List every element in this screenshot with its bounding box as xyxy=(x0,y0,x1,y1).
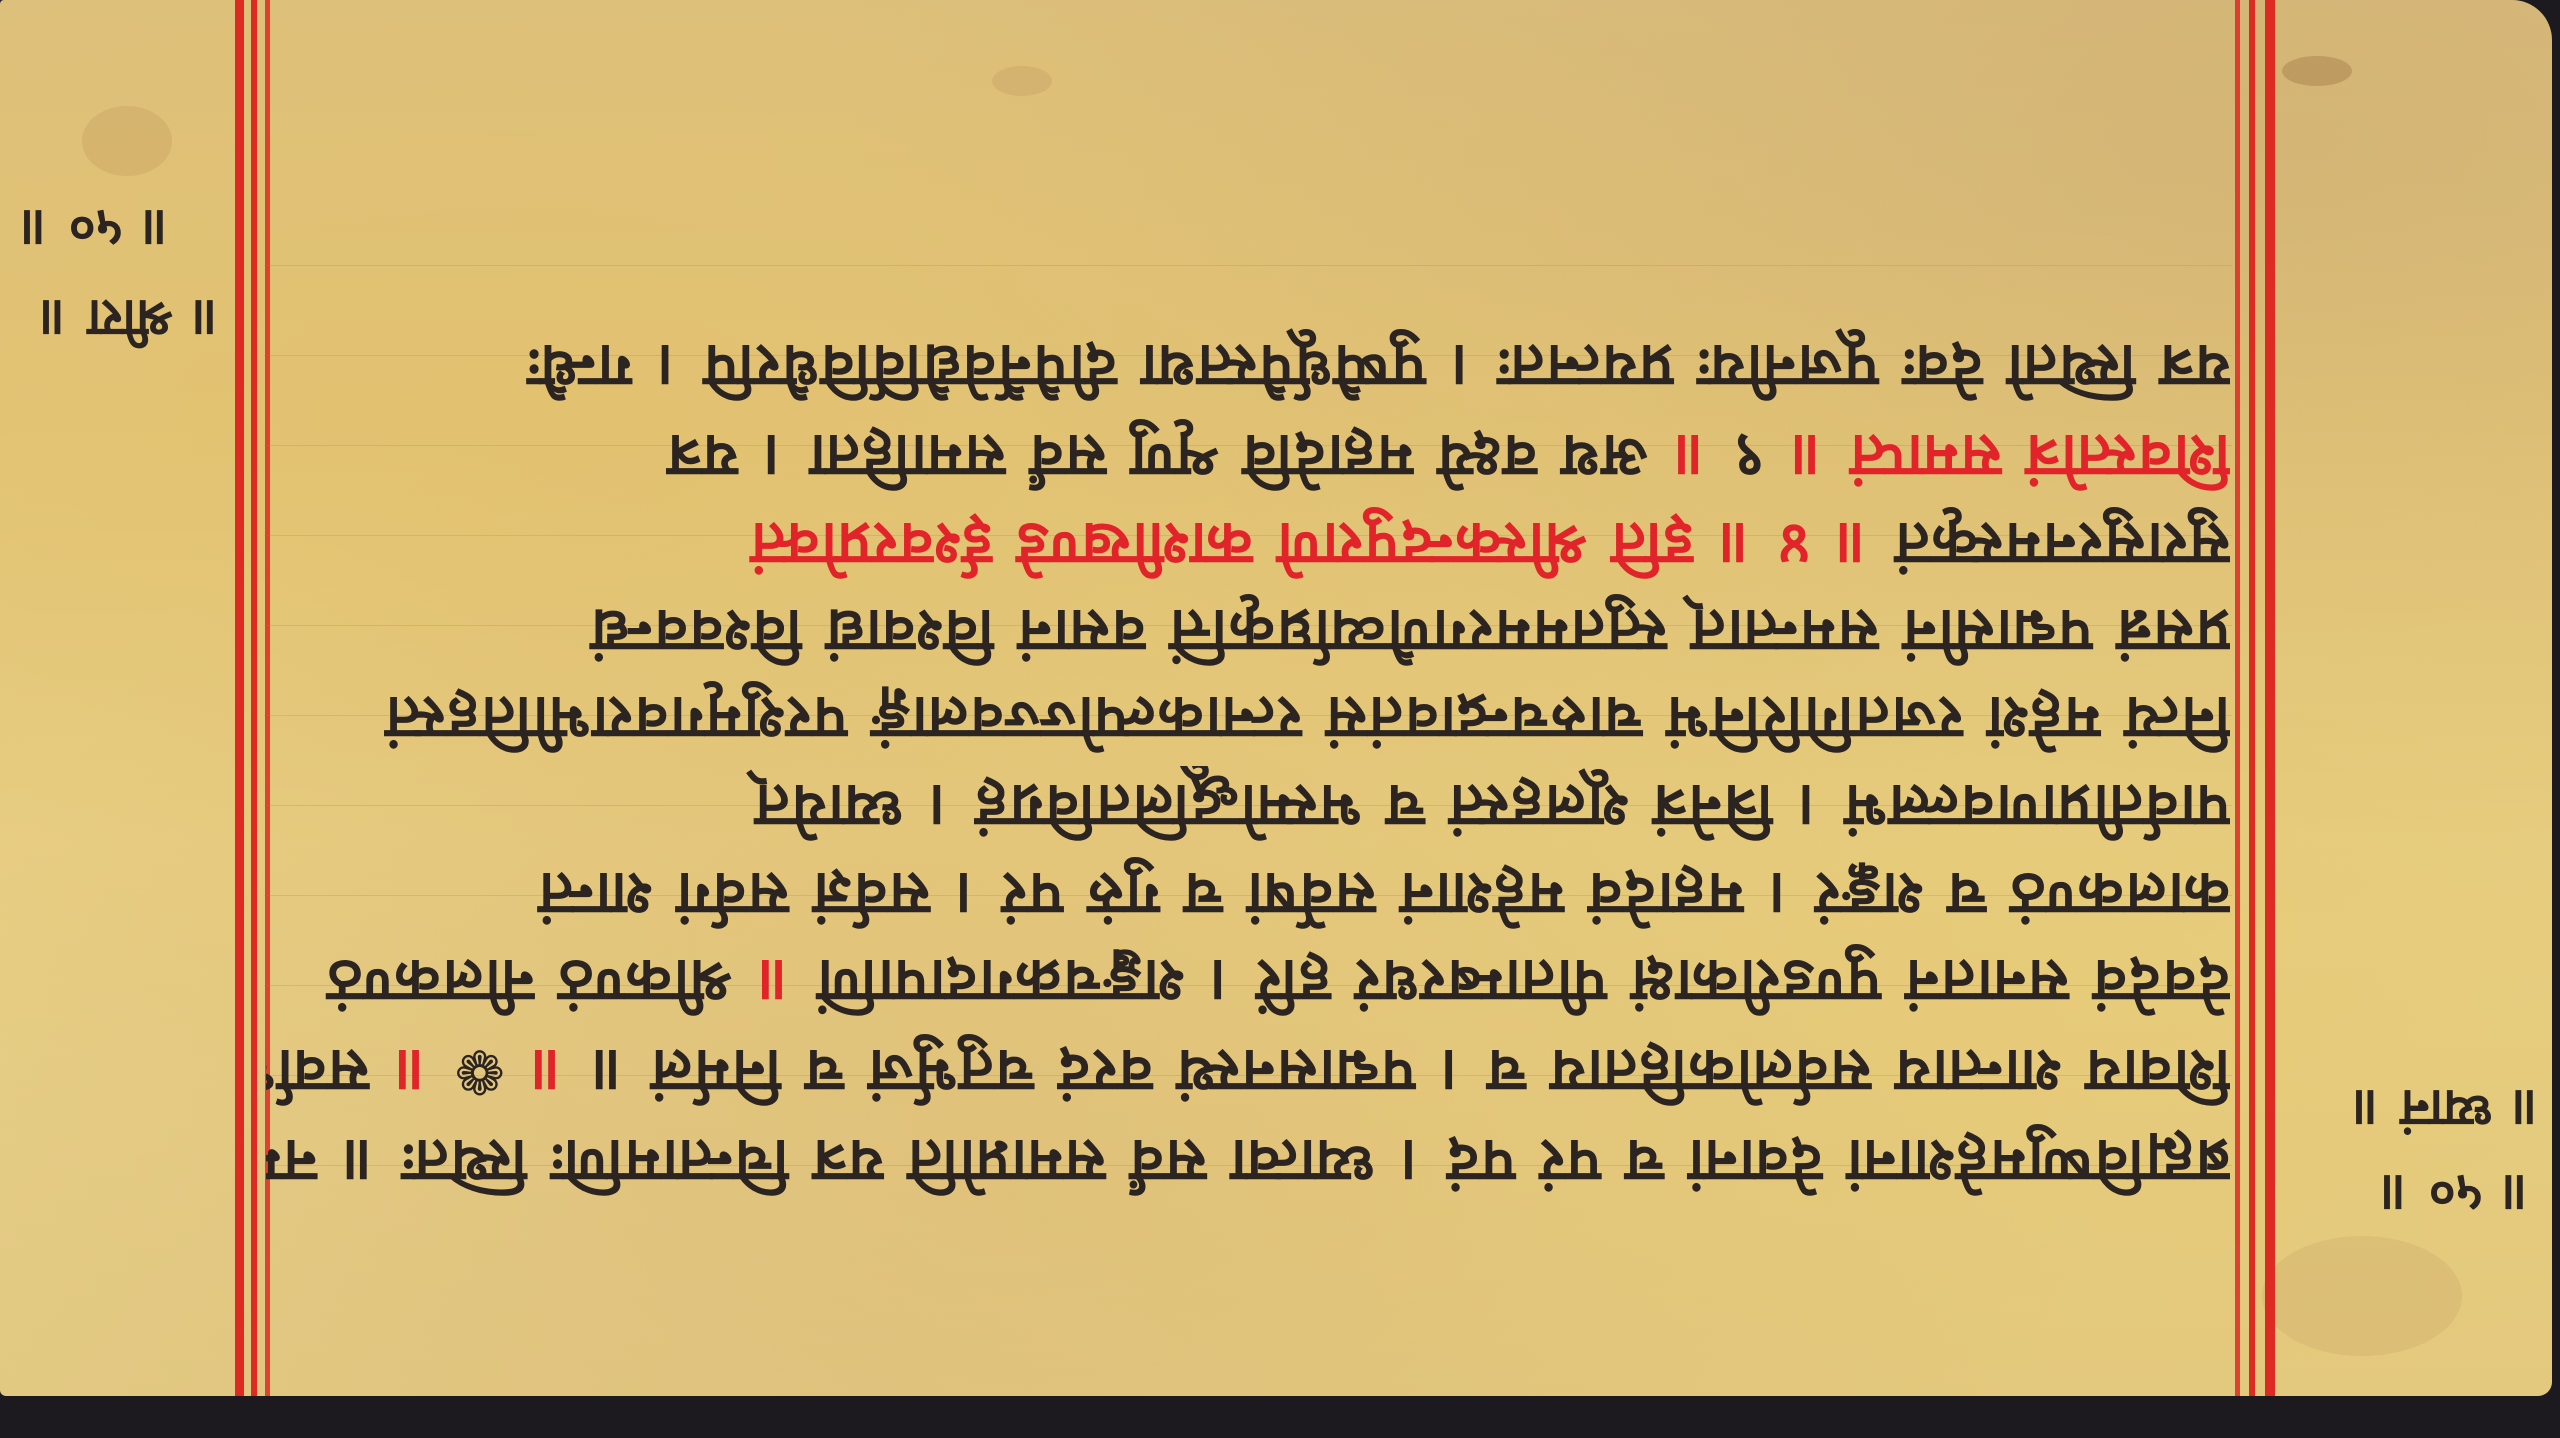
manuscript-line: ब्रह्मविष्णुमहेशानां देवानां च परं पदं ।… xyxy=(266,1121,2230,1201)
margin-rule xyxy=(2235,0,2240,1396)
manuscript-line: यत्र स्थितो देवः पूजनीयः प्रयत्नतः । पुष… xyxy=(266,326,2230,406)
folio-number-note: ॥ ५० ॥ xyxy=(19,195,172,266)
margin-rule xyxy=(2249,0,2255,1396)
rubric-text: इति श्रीस्कन्दपुराणे काशीखण्डे ईश्वरप्रो… xyxy=(749,509,1716,579)
rubric-text: ॥ ४ ॥ xyxy=(1716,509,1871,579)
body-text: श्रीकण्ठं नीलकण्ठं xyxy=(326,946,755,1016)
body-text: शिवाय शान्ताय सर्वलोकहिताय च । पद्मासनस्… xyxy=(566,1036,2230,1106)
paper-stain xyxy=(2282,56,2352,86)
body-text: नित्यं महेशं रजतगिरिनिभं चारुचन्द्रावतंस… xyxy=(384,683,2230,753)
folio-number: ॥ ५० ॥ xyxy=(19,198,172,258)
manuscript-line: कालकण्ठं च शङ्करं । महादेवं महेशानं सर्व… xyxy=(266,854,2230,934)
manuscript-photo: ॥ ५० ॥ ॥ ध्यानं ॥ ॥ ५० ॥ ॥ श्रीरा ॥ ब्रह… xyxy=(0,0,2560,1438)
body-text: ब्रह्मविष्णुमहेशानां देवानां च परं पदं ।… xyxy=(266,1126,2230,1196)
paper-stain xyxy=(82,106,172,176)
title-abbrev: ॥ श्रीरा ॥ xyxy=(38,288,222,348)
body-text: ❁ xyxy=(430,1036,528,1106)
folio-number-note: ॥ ५० ॥ xyxy=(2379,1160,2532,1231)
rubric-text: ॥ xyxy=(392,1036,430,1106)
manuscript-folio: ॥ ५० ॥ ॥ ध्यानं ॥ ॥ ५० ॥ ॥ श्रीरा ॥ ब्रह… xyxy=(0,0,2552,1396)
manuscript-line: देवदेवं सनातनं पुण्डरीकाक्षं पीताम्बरधरं… xyxy=(266,941,2230,1021)
rubric-text: ॥ xyxy=(528,1036,566,1106)
text-block: ब्रह्मविष्णुमहेशानां देवानां च परं पदं ।… xyxy=(266,0,2230,1396)
title-abbrev-note: ॥ श्रीरा ॥ xyxy=(38,285,222,356)
manuscript-line: प्रसन्नं पद्मासीनं समन्तात् स्तुतममरगणैर… xyxy=(266,591,2230,671)
body-text: अथ वक्ष्ये महादेवि शृणु सर्वं समाहिता । … xyxy=(666,421,1671,491)
manuscript-line: शिवाय शान्ताय सर्वलोकहिताय च । पद्मासनस्… xyxy=(266,1031,2230,1111)
rubric-text: ॥ xyxy=(1788,421,1826,491)
body-text: यत्र स्थितो देवः पूजनीयः प्रयत्नतः । पुष… xyxy=(526,331,2230,401)
paper-stain xyxy=(2262,1236,2462,1356)
rubric-text: शिवस्तोत्रं समाप्तं xyxy=(1826,421,2230,491)
body-text: सुरासुरनमस्कृतं xyxy=(1871,509,2230,579)
body-text: देवदेवं सनातनं पुण्डरीकाक्षं पीताम्बरधरं… xyxy=(793,946,2230,1016)
manuscript-line: शिवस्तोत्रं समाप्तं ॥ ९ ॥ अथ वक्ष्ये महा… xyxy=(266,416,2230,496)
rubric-text: ॥ xyxy=(1671,421,1709,491)
manuscript-line: सुरासुरनमस्कृतं ॥ ४ ॥ इति श्रीस्कन्दपुरा… xyxy=(266,504,2230,584)
body-text: सर्वाभरणसंयुक्तं xyxy=(266,1036,392,1106)
margin-rule xyxy=(251,0,257,1396)
rubric-text: ॥ xyxy=(755,946,793,1016)
manuscript-line: नित्यं महेशं रजतगिरिनिभं चारुचन्द्रावतंस… xyxy=(266,678,2230,758)
body-text: ९ xyxy=(1709,421,1788,491)
margin-rule xyxy=(235,0,244,1396)
body-text: पार्वतीप्राणवल्लभं । त्रिनेत्रं शूलहस्तं… xyxy=(753,771,2230,841)
folio-number: ॥ ५० ॥ xyxy=(2379,1163,2532,1223)
title-abbrev-note: ॥ ध्यानं ॥ xyxy=(2351,1075,2542,1146)
manuscript-line: पार्वतीप्राणवल्लभं । त्रिनेत्रं शूलहस्तं… xyxy=(266,766,2230,846)
title-abbrev: ॥ ध्यानं ॥ xyxy=(2351,1078,2542,1138)
body-text: प्रसन्नं पद्मासीनं समन्तात् स्तुतममरगणैर… xyxy=(589,596,2230,666)
margin-rule xyxy=(2265,0,2275,1396)
body-text: कालकण्ठं च शङ्करं । महादेवं महेशानं सर्व… xyxy=(537,859,2230,929)
